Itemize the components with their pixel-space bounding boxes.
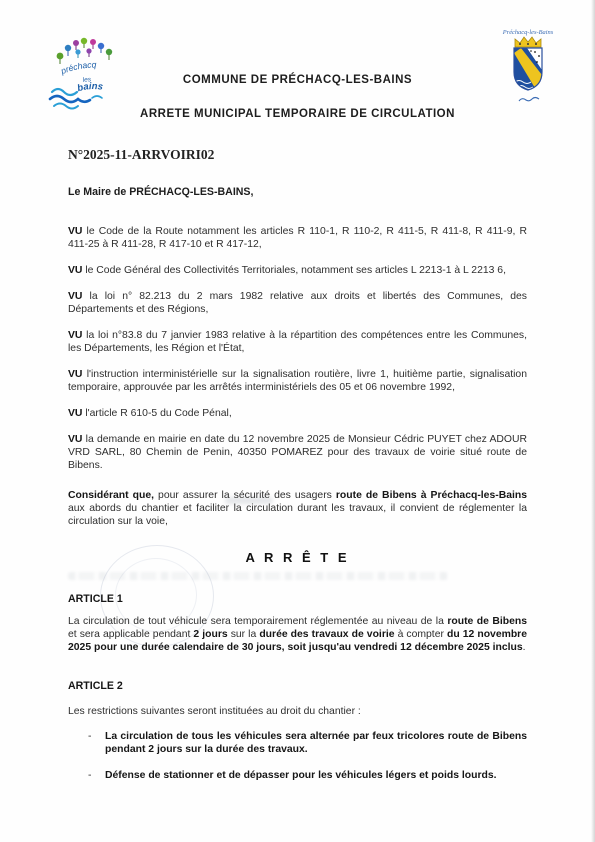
vu-clause-1: VU le Code de la Route notamment les art… <box>68 225 527 251</box>
svg-text:préchacq: préchacq <box>59 60 97 77</box>
restriction-item-2: - Défense de stationner et de dépasser p… <box>88 769 527 782</box>
document-body: COMMUNE DE PRÉCHACQ-LES-BAINS ARRETE MUN… <box>68 0 527 782</box>
scan-edge-shadow <box>591 0 595 842</box>
article-2-title: ARTICLE 2 <box>68 680 527 693</box>
vu-clause-2: VU le Code Général des Collectivités Ter… <box>68 264 527 277</box>
vu-clause-3: VU la loi n° 82.213 du 2 mars 1982 relat… <box>68 290 527 316</box>
logo-arc-text-bottom: bains <box>76 81 104 94</box>
logo-trees-icon <box>57 38 113 64</box>
vu-clause-5: VU l'instruction interministérielle sur … <box>68 368 527 394</box>
coat-of-arms: Préchacq-les-Bains <box>497 26 559 108</box>
vu-clause-6: VU l'article R 610-5 du Code Pénal, <box>68 407 527 420</box>
article-1-body: La circulation de tout véhicule sera tem… <box>68 615 527 654</box>
commune-logo-graphic: préchacq les bains <box>48 36 124 114</box>
svg-text:bains: bains <box>76 81 104 94</box>
crest-bottom-script-flourish <box>519 98 539 102</box>
article-1-title: ARTICLE 1 <box>68 593 527 606</box>
crest-script-text: Préchacq-les-Bains <box>502 29 554 36</box>
decree-title: ARRETE MUNICIPAL TEMPORAIRE DE CIRCULATI… <box>68 108 527 121</box>
scanned-decree-page: préchacq les bains Préc <box>0 0 595 842</box>
restriction-item-2-text: Défense de stationner et de dépasser pou… <box>105 769 527 782</box>
article-2-intro: Les restrictions suivantes seront instit… <box>68 705 527 718</box>
crest-shield-icon <box>514 48 542 92</box>
arrete-heading: A R R Ê T E <box>68 551 527 564</box>
considerant-clause: Considérant que, pour assurer la sécurit… <box>68 489 527 528</box>
logo-arc-text-top: préchacq <box>59 60 97 77</box>
bullet-dash-icon: - <box>88 769 105 782</box>
document-number: N°2025-11-ARRVOIRI02 <box>68 148 527 161</box>
bullet-dash-icon: - <box>88 730 105 756</box>
mayor-salutation: Le Maire de PRÉCHACQ-LES-BAINS, <box>68 186 527 199</box>
bleed-through-text-line <box>68 572 448 580</box>
vu-clause-4: VU la loi n°83.8 du 7 janvier 1983 relat… <box>68 329 527 355</box>
commune-title: COMMUNE DE PRÉCHACQ-LES-BAINS <box>68 0 527 87</box>
commune-logo: préchacq les bains <box>48 36 124 114</box>
coat-of-arms-graphic: Préchacq-les-Bains <box>497 26 559 108</box>
restriction-item-1: - La circulation de tous les véhicules s… <box>88 730 527 756</box>
restriction-item-1-text: La circulation de tous les véhicules ser… <box>105 730 527 756</box>
crest-crown-icon <box>515 37 541 47</box>
vu-clause-7: VU la demande en mairie en date du 12 no… <box>68 433 527 472</box>
